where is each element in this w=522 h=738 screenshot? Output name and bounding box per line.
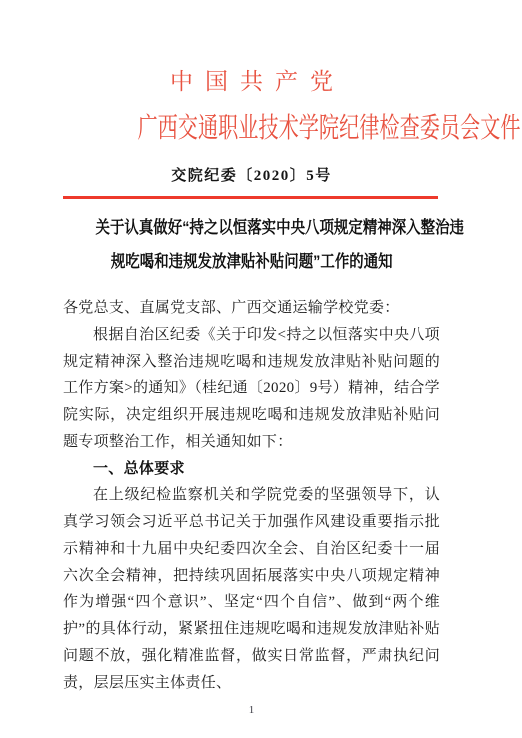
document-title: 关于认真做好“持之以恒落实中央八项规定精神深入整治违 规吃喝和违规发放津贴补贴问… [63, 211, 440, 278]
salutation: 各党总支、直属党支部、广西交通运输学校党委： [63, 295, 440, 322]
body-paragraph: 在上级纪检监察机关和学院党委的坚强领导下，认真学习领会习近平总书记关于加强作风建… [63, 482, 440, 696]
document-content: 中国共产党 广西交通职业技术学院纪律检查委员会文件 交院纪委〔2020〕5号 关… [63, 0, 440, 717]
document-number: 交院纪委〔2020〕5号 [63, 167, 440, 186]
page-number: 1 [63, 703, 440, 717]
document-title-text-2: 规吃喝和违规发放津贴补贴问题”工作的通知 [111, 245, 393, 279]
document-title-text-1: 关于认真做好“持之以恒落实中央八项规定精神深入整治违 [96, 211, 464, 245]
issuing-org-heading: 广西交通职业技术学院纪律检查委员会文件 [63, 112, 440, 145]
document-title-line-2: 规吃喝和违规发放津贴补贴问题”工作的通知 [63, 245, 440, 279]
document-body: 各党总支、直属党支部、广西交通运输学校党委： 根据自治区纪委《关于印发<持之以恒… [63, 295, 440, 696]
party-name-heading: 中国共产党 [63, 69, 440, 95]
document-title-line-1: 关于认真做好“持之以恒落实中央八项规定精神深入整治违 [63, 211, 440, 245]
issuing-org-text: 广西交通职业技术学院纪律检查委员会文件 [137, 112, 520, 145]
body-paragraph: 根据自治区纪委《关于印发<持之以恒落实中央八项规定精神深入整治违规吃喝和违规发放… [63, 322, 440, 456]
document-page: 中国共产党 广西交通职业技术学院纪律检查委员会文件 交院纪委〔2020〕5号 关… [0, 0, 522, 738]
party-name-text: 中国共产党 [170, 69, 345, 94]
section-heading: 一、总体要求 [63, 456, 440, 483]
red-divider-line [63, 196, 438, 199]
